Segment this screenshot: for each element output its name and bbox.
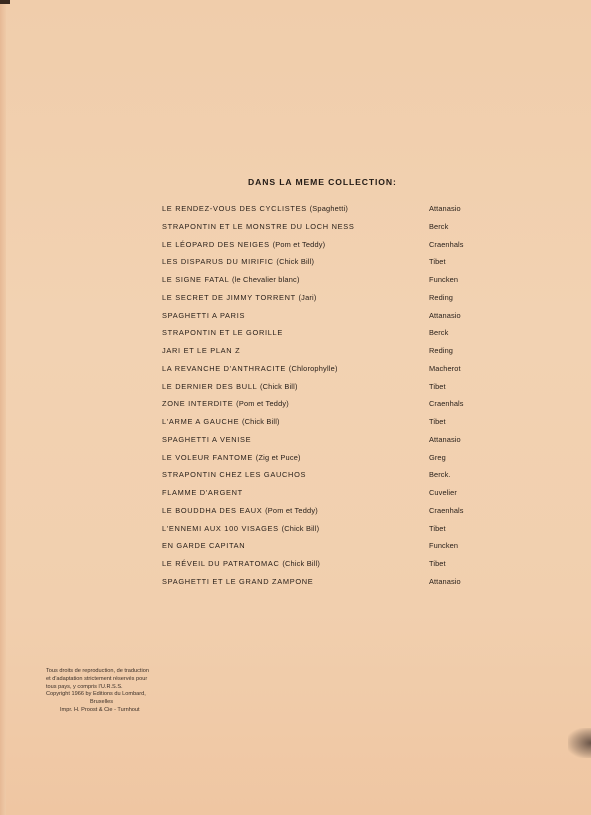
book-title: STRAPONTIN ET LE MONSTRE DU LOCH NESS bbox=[162, 221, 355, 233]
book-series: (Pom et Teddy) bbox=[236, 399, 289, 408]
book-author: Berck. bbox=[429, 469, 451, 481]
collection-row: LE SECRET DE JIMMY TORRENT (Jari)Reding bbox=[162, 292, 482, 310]
book-title-text: LE DERNIER DES BULL bbox=[162, 382, 257, 391]
book-title-text: LE LÉOPARD DES NEIGES bbox=[162, 240, 270, 249]
book-title: LE DERNIER DES BULL (Chick Bill) bbox=[162, 381, 298, 393]
book-title-text: FLAMME D'ARGENT bbox=[162, 488, 243, 497]
book-author: Craenhals bbox=[429, 239, 464, 251]
book-series: (Chick Bill) bbox=[242, 417, 280, 426]
collection-row: LE SIGNE FATAL (le Chevalier blanc)Funck… bbox=[162, 274, 482, 292]
collection-row: SPAGHETTI ET LE GRAND ZAMPONEAttanasio bbox=[162, 576, 482, 594]
book-author: Attanasio bbox=[429, 434, 461, 446]
book-title: LES DISPARUS DU MIRIFIC (Chick Bill) bbox=[162, 256, 314, 268]
book-author: Tibet bbox=[429, 558, 446, 570]
book-series: (Pom et Teddy) bbox=[265, 506, 318, 515]
book-author: Attanasio bbox=[429, 576, 461, 588]
book-series: (Zig et Puce) bbox=[256, 453, 301, 462]
book-author: Attanasio bbox=[429, 203, 461, 215]
book-title: STRAPONTIN CHEZ LES GAUCHOS bbox=[162, 469, 306, 481]
book-title: LE RÉVEIL DU PATRATOMAC (Chick Bill) bbox=[162, 558, 320, 570]
collection-row: ZONE INTERDITE (Pom et Teddy)Craenhals bbox=[162, 398, 482, 416]
book-title-text: SPAGHETTI A VENISE bbox=[162, 435, 251, 444]
book-title: LE VOLEUR FANTOME (Zig et Puce) bbox=[162, 452, 301, 464]
page-corner-mark bbox=[0, 0, 10, 4]
collection-row: STRAPONTIN ET LE GORILLEBerck bbox=[162, 327, 482, 345]
book-series: (Chick Bill) bbox=[282, 559, 320, 568]
colophon-copyright: Copyright 1966 by Editions du Lombard, bbox=[46, 691, 186, 699]
collection-row: STRAPONTIN CHEZ LES GAUCHOSBerck. bbox=[162, 469, 482, 487]
collection-row: LE VOLEUR FANTOME (Zig et Puce)Greg bbox=[162, 452, 482, 470]
book-title: LE BOUDDHA DES EAUX (Pom et Teddy) bbox=[162, 505, 318, 517]
book-title-text: SPAGHETTI A PARIS bbox=[162, 311, 245, 320]
book-title-text: L'ENNEMI AUX 100 VISAGES bbox=[162, 524, 279, 533]
book-title-text: LES DISPARUS DU MIRIFIC bbox=[162, 257, 274, 266]
book-title-text: LE SIGNE FATAL bbox=[162, 275, 229, 284]
book-series: (Spaghetti) bbox=[310, 204, 348, 213]
collection-row: SPAGHETTI A PARISAttanasio bbox=[162, 310, 482, 328]
collection-list: LE RENDEZ-VOUS DES CYCLISTES (Spaghetti)… bbox=[162, 203, 482, 594]
book-title: ZONE INTERDITE (Pom et Teddy) bbox=[162, 398, 289, 410]
collection-row: LE BOUDDHA DES EAUX (Pom et Teddy)Craenh… bbox=[162, 505, 482, 523]
scan-shadow bbox=[568, 728, 591, 758]
colophon-printer: Impr. H. Proost & Cie - Turnhout bbox=[46, 707, 186, 715]
book-title: LE SECRET DE JIMMY TORRENT (Jari) bbox=[162, 292, 317, 304]
collection-row: JARI ET LE PLAN ZReding bbox=[162, 345, 482, 363]
book-title: LE SIGNE FATAL (le Chevalier blanc) bbox=[162, 274, 300, 286]
book-author: Berck bbox=[429, 327, 448, 339]
book-title: L'ARME A GAUCHE (Chick Bill) bbox=[162, 416, 280, 428]
collection-row: STRAPONTIN ET LE MONSTRE DU LOCH NESSBer… bbox=[162, 221, 482, 239]
book-title-text: LE RENDEZ-VOUS DES CYCLISTES bbox=[162, 204, 307, 213]
book-title: L'ENNEMI AUX 100 VISAGES (Chick Bill) bbox=[162, 523, 319, 535]
collection-heading: DANS LA MEME COLLECTION: bbox=[248, 177, 397, 187]
book-title-text: EN GARDE CAPITAN bbox=[162, 541, 245, 550]
book-series: (Pom et Teddy) bbox=[273, 240, 326, 249]
book-title: JARI ET LE PLAN Z bbox=[162, 345, 240, 357]
book-author: Berck bbox=[429, 221, 448, 233]
book-series: (Chick Bill) bbox=[260, 382, 298, 391]
collection-row: LE RENDEZ-VOUS DES CYCLISTES (Spaghetti)… bbox=[162, 203, 482, 221]
book-title: SPAGHETTI A VENISE bbox=[162, 434, 251, 446]
book-author: Tibet bbox=[429, 523, 446, 535]
colophon-rights-line-1: Tous droits de reproduction, de traducti… bbox=[46, 668, 186, 676]
book-title-text: LE BOUDDHA DES EAUX bbox=[162, 506, 262, 515]
collection-row: LE DERNIER DES BULL (Chick Bill)Tibet bbox=[162, 381, 482, 399]
book-title: SPAGHETTI A PARIS bbox=[162, 310, 245, 322]
book-title: FLAMME D'ARGENT bbox=[162, 487, 243, 499]
book-author: Cuvelier bbox=[429, 487, 457, 499]
book-author: Macherot bbox=[429, 363, 461, 375]
book-author: Attanasio bbox=[429, 310, 461, 322]
colophon: Tous droits de reproduction, de traducti… bbox=[46, 668, 186, 715]
book-author: Craenhals bbox=[429, 398, 464, 410]
collection-row: LE RÉVEIL DU PATRATOMAC (Chick Bill)Tibe… bbox=[162, 558, 482, 576]
book-title-text: STRAPONTIN CHEZ LES GAUCHOS bbox=[162, 470, 306, 479]
book-title-text: LE RÉVEIL DU PATRATOMAC bbox=[162, 559, 280, 568]
collection-row: FLAMME D'ARGENTCuvelier bbox=[162, 487, 482, 505]
colophon-rights-line-3: tous pays, y compris l'U.R.S.S. bbox=[46, 684, 186, 692]
book-title-text: STRAPONTIN ET LE GORILLE bbox=[162, 328, 283, 337]
collection-row: L'ARME A GAUCHE (Chick Bill)Tibet bbox=[162, 416, 482, 434]
book-title-text: L'ARME A GAUCHE bbox=[162, 417, 239, 426]
book-author: Reding bbox=[429, 292, 453, 304]
collection-row: L'ENNEMI AUX 100 VISAGES (Chick Bill)Tib… bbox=[162, 523, 482, 541]
book-series: (Chlorophylle) bbox=[289, 364, 338, 373]
book-title-text: LA REVANCHE D'ANTHRACITE bbox=[162, 364, 286, 373]
collection-row: LE LÉOPARD DES NEIGES (Pom et Teddy)Crae… bbox=[162, 239, 482, 257]
book-author: Tibet bbox=[429, 381, 446, 393]
collection-row: EN GARDE CAPITANFuncken bbox=[162, 540, 482, 558]
book-series: (Chick Bill) bbox=[282, 524, 320, 533]
book-author: Tibet bbox=[429, 256, 446, 268]
book-title-text: ZONE INTERDITE bbox=[162, 399, 233, 408]
book-title-text: SPAGHETTI ET LE GRAND ZAMPONE bbox=[162, 577, 313, 586]
book-series: (le Chevalier blanc) bbox=[232, 275, 300, 284]
book-author: Funcken bbox=[429, 274, 458, 286]
colophon-city: Bruxelles bbox=[46, 699, 186, 707]
book-title-text: LE VOLEUR FANTOME bbox=[162, 453, 253, 462]
collection-row: SPAGHETTI A VENISEAttanasio bbox=[162, 434, 482, 452]
colophon-rights-line-2: et d'adaptation strictement réservés pou… bbox=[46, 676, 186, 684]
collection-row: LES DISPARUS DU MIRIFIC (Chick Bill)Tibe… bbox=[162, 256, 482, 274]
book-series: (Chick Bill) bbox=[276, 257, 314, 266]
book-author: Funcken bbox=[429, 540, 458, 552]
book-author: Greg bbox=[429, 452, 446, 464]
book-author: Craenhals bbox=[429, 505, 464, 517]
book-title: EN GARDE CAPITAN bbox=[162, 540, 245, 552]
book-title: SPAGHETTI ET LE GRAND ZAMPONE bbox=[162, 576, 313, 588]
collection-row: LA REVANCHE D'ANTHRACITE (Chlorophylle)M… bbox=[162, 363, 482, 381]
page-edge bbox=[0, 0, 6, 815]
book-title: LE LÉOPARD DES NEIGES (Pom et Teddy) bbox=[162, 239, 325, 251]
book-title-text: STRAPONTIN ET LE MONSTRE DU LOCH NESS bbox=[162, 222, 355, 231]
book-title-text: LE SECRET DE JIMMY TORRENT bbox=[162, 293, 296, 302]
book-title: STRAPONTIN ET LE GORILLE bbox=[162, 327, 283, 339]
book-title-text: JARI ET LE PLAN Z bbox=[162, 346, 240, 355]
book-author: Reding bbox=[429, 345, 453, 357]
book-title: LE RENDEZ-VOUS DES CYCLISTES (Spaghetti) bbox=[162, 203, 348, 215]
book-series: (Jari) bbox=[299, 293, 317, 302]
book-title: LA REVANCHE D'ANTHRACITE (Chlorophylle) bbox=[162, 363, 338, 375]
book-author: Tibet bbox=[429, 416, 446, 428]
